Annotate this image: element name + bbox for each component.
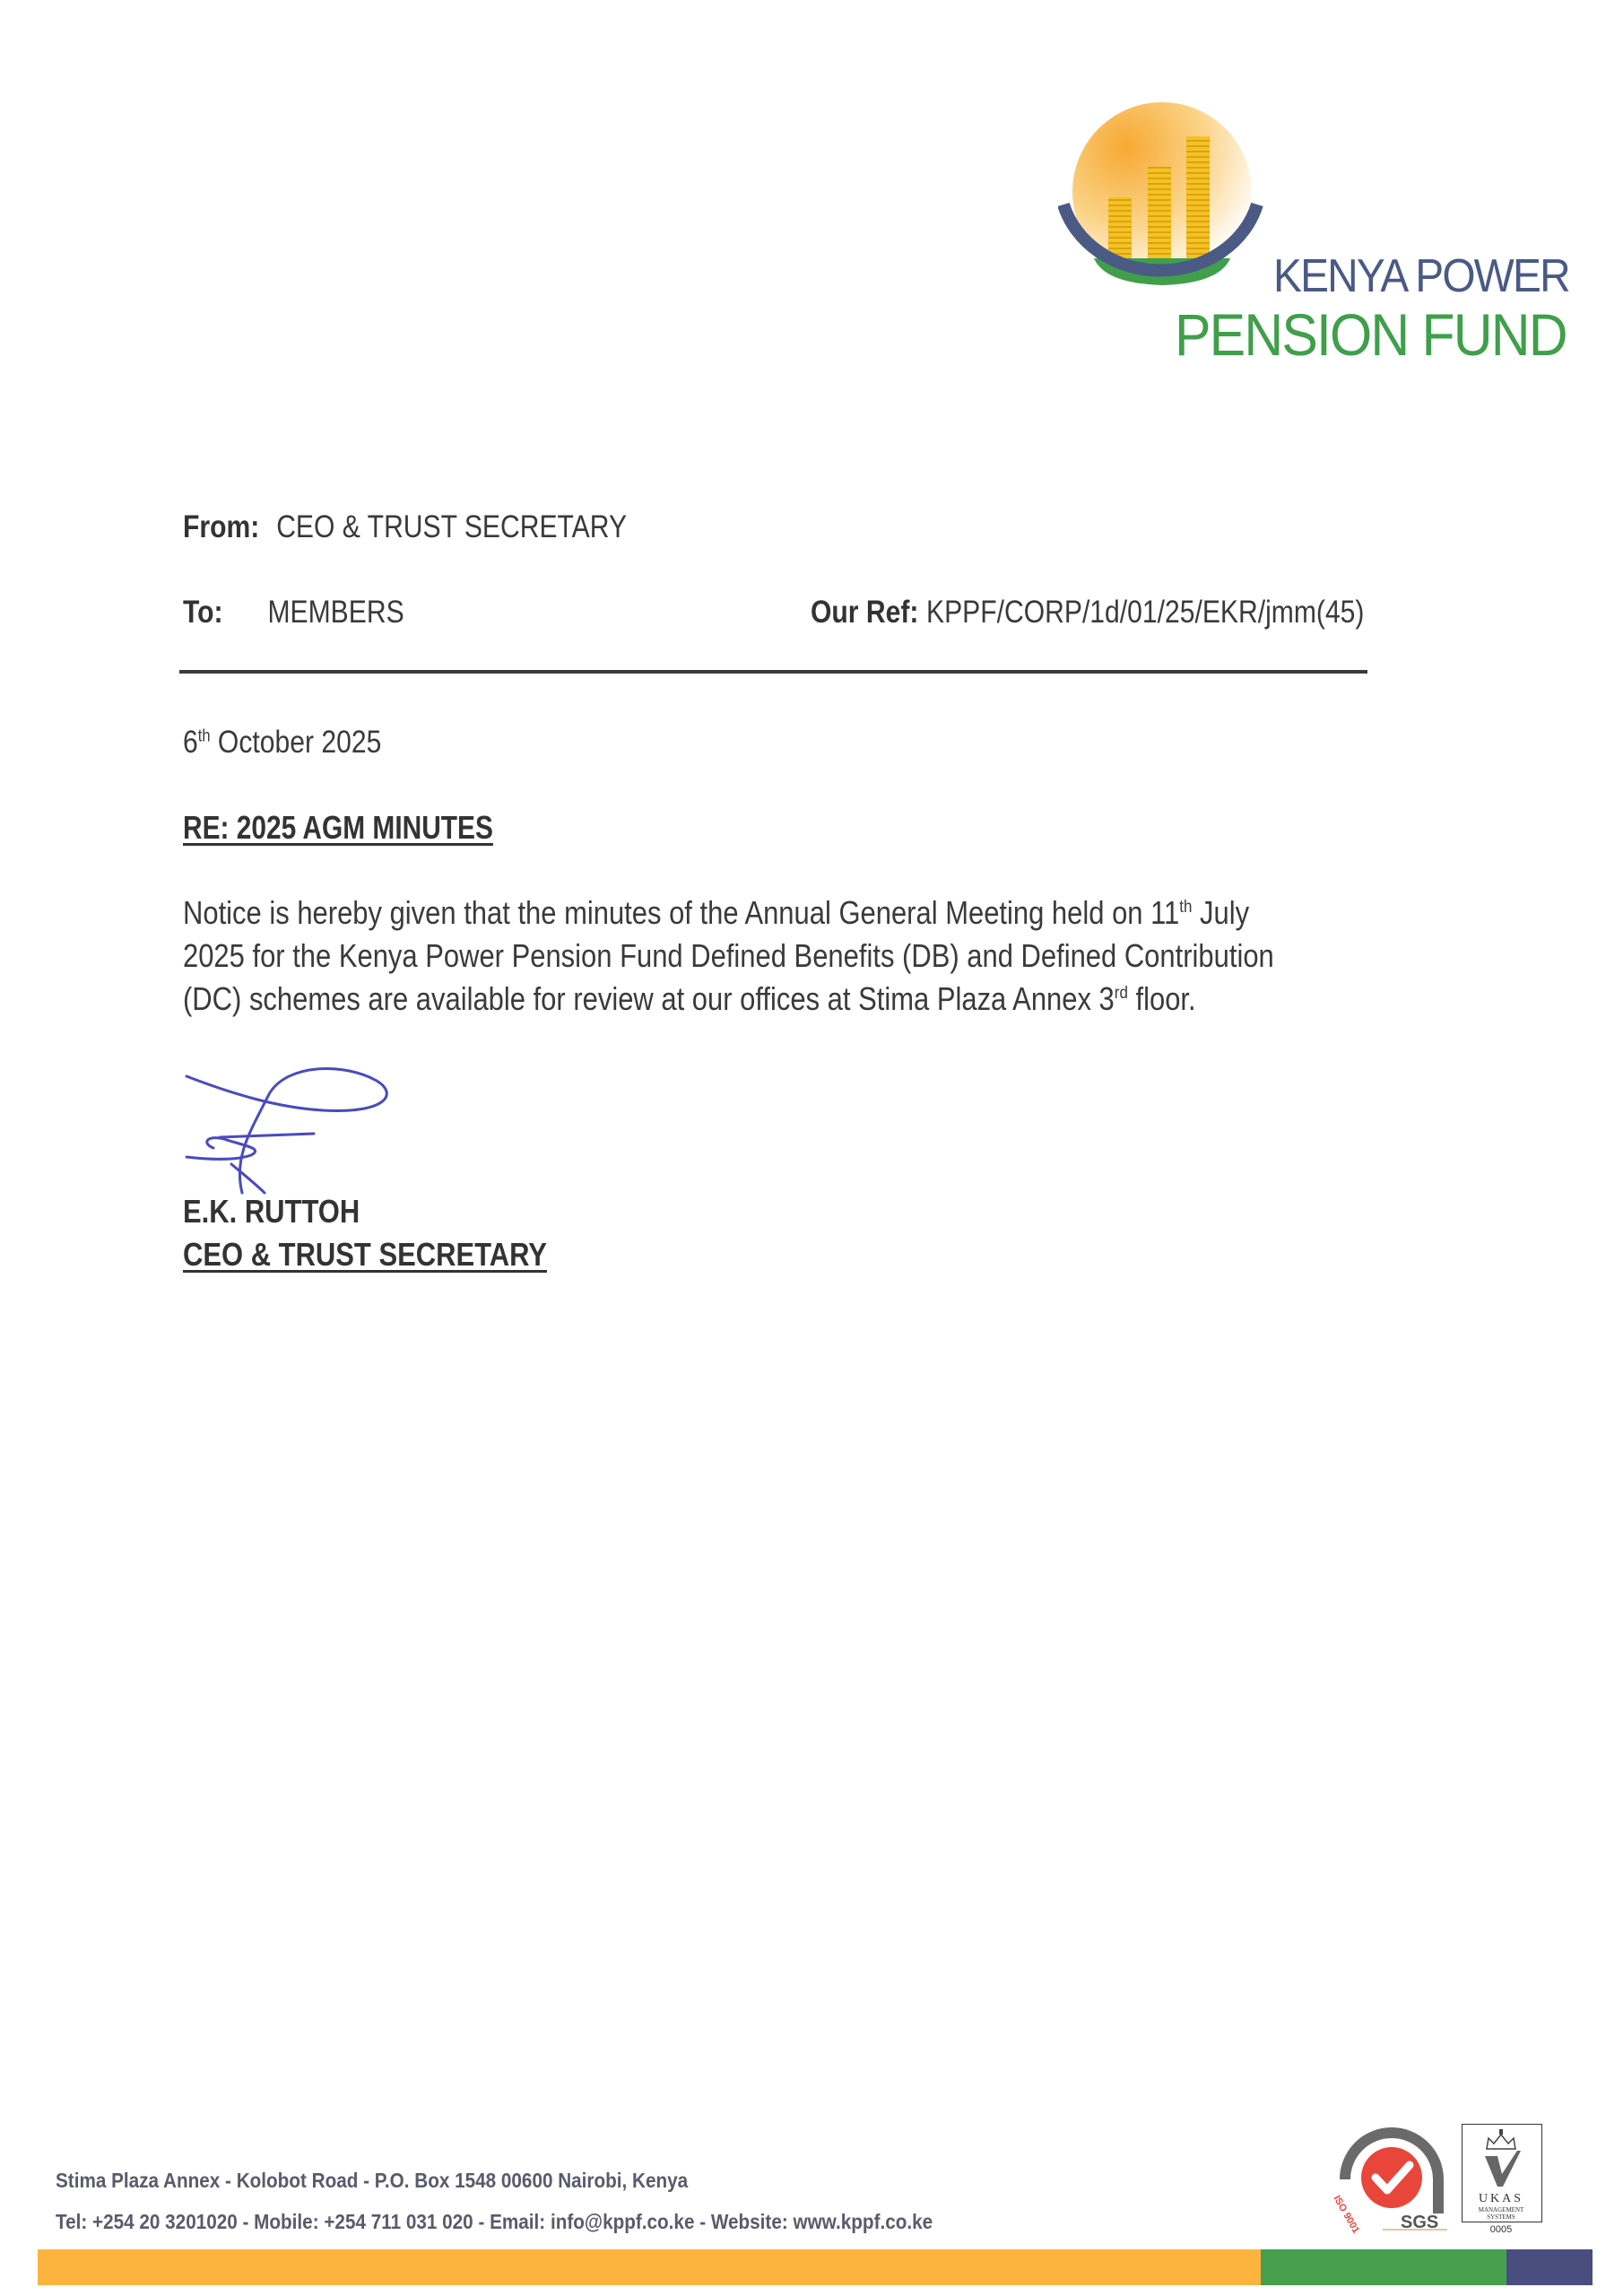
ukas-number: 0005	[1460, 2224, 1542, 2235]
footer-contact: Tel: +254 20 3201020 - Mobile: +254 711 …	[56, 2210, 933, 2234]
kppf-logo: KENYA POWER PENSION FUND	[1058, 99, 1578, 368]
from-label: From:	[183, 509, 259, 544]
to-value: MEMBERS	[267, 595, 404, 630]
signatory-name: E.K. RUTTOH	[183, 1193, 360, 1231]
sgs-iso-text: ISO 9001	[1331, 2194, 1361, 2235]
from-field: From:CEO & TRUST SECRETARY	[183, 511, 627, 543]
body-text-segment: Notice is hereby given that the minutes …	[183, 894, 1179, 931]
reference-label: Our Ref:	[811, 595, 918, 630]
reference-value: KPPF/CORP/1d/01/25/EKR/jmm(45)	[926, 595, 1364, 630]
crown-check-icon	[1478, 2129, 1524, 2188]
date-day-suffix: th	[198, 726, 211, 745]
ordinal-suffix: rd	[1115, 983, 1128, 1003]
to-field: To:MEMBERS	[183, 596, 404, 628]
ordinal-suffix: th	[1179, 897, 1192, 917]
logo-text-kenya-power: KENYA POWER	[1273, 253, 1569, 300]
from-value: CEO & TRUST SECRETARY	[276, 509, 627, 544]
body-text-segment: (DC) schemes are available for review at…	[183, 980, 1115, 1017]
ukas-management: MANAGEMENT	[1460, 2206, 1542, 2213]
ukas-certification: UKAS MANAGEMENT SYSTEMS 0005	[1460, 2118, 1542, 2239]
body-line: 2025 for the Kenya Power Pension Fund De…	[183, 935, 1413, 978]
reference-field: Our Ref:KPPF/CORP/1d/01/25/EKR/jmm(45)	[811, 596, 1364, 628]
handwritten-signature	[179, 1058, 412, 1211]
body-text-segment: floor.	[1128, 980, 1196, 1017]
ukas-systems: SYSTEMS	[1460, 2213, 1542, 2221]
header-divider	[179, 670, 1367, 674]
letter-date: 6th October 2025	[183, 725, 381, 761]
footer-address: Stima Plaza Annex - Kolobot Road - P.O. …	[56, 2169, 688, 2193]
body-line: Notice is hereby given that the minutes …	[183, 891, 1413, 935]
letter-body: Notice is hereby given that the minutes …	[183, 891, 1413, 1021]
body-line: (DC) schemes are available for review at…	[183, 978, 1413, 1021]
signatory-title: CEO & TRUST SECRETARY	[183, 1236, 547, 1274]
footer-bar-green	[1261, 2249, 1506, 2285]
to-label: To:	[183, 595, 223, 630]
date-day: 6	[183, 725, 198, 760]
ukas-brand: UKAS	[1460, 2192, 1542, 2206]
sgs-iso-9001-certification-icon: ISO 9001 SGS	[1329, 2117, 1454, 2235]
logo-text-pension-fund: PENSION FUND	[1175, 305, 1567, 364]
footer-bar-orange	[38, 2249, 1261, 2285]
body-text-segment: July	[1192, 894, 1249, 931]
footer-bar-navy	[1506, 2249, 1593, 2285]
coin-stacks-logo-icon	[1058, 99, 1273, 305]
letter-subject: RE: 2025 AGM MINUTES	[183, 809, 493, 847]
date-month-year: October 2025	[211, 725, 382, 760]
